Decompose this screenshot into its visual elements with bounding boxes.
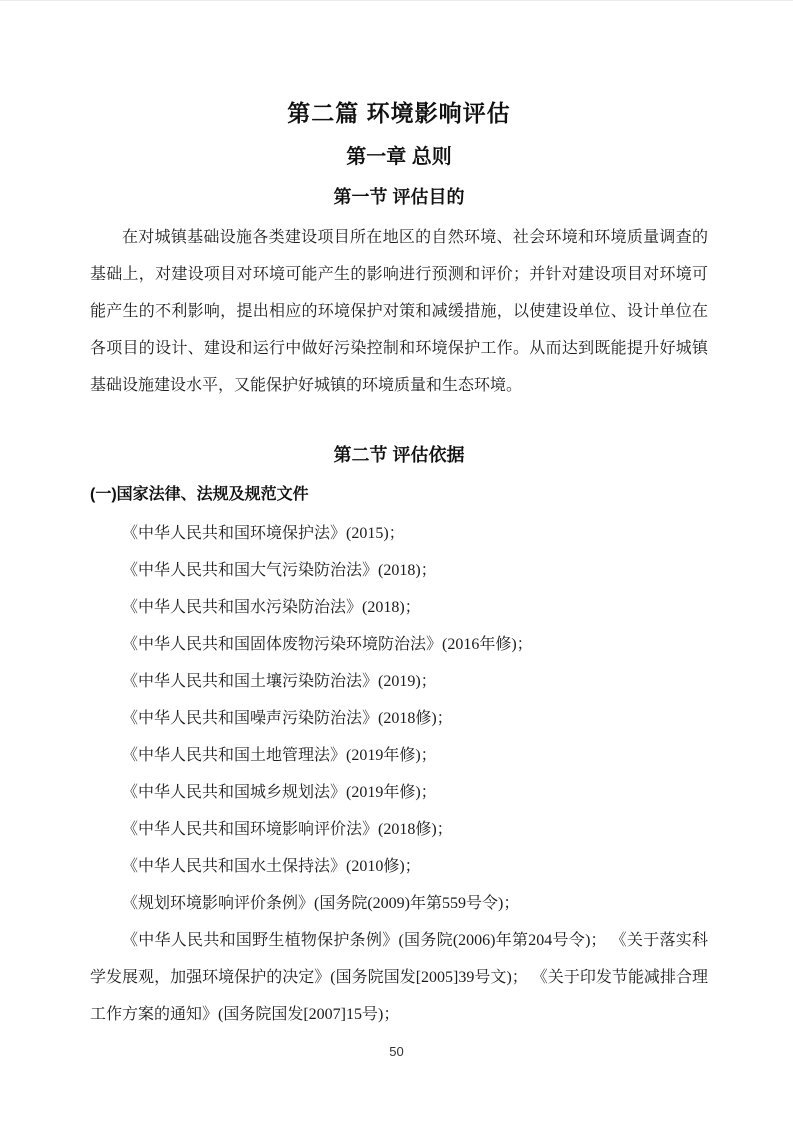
legal-reference-item: 《中华人民共和国水土保持法》(2010修)；: [90, 848, 708, 885]
legal-reference-list: 《中华人民共和国环境保护法》(2015)；《中华人民共和国大气污染防治法》(20…: [90, 515, 708, 922]
legal-reference-item: 《中华人民共和国城乡规划法》(2019年修)；: [90, 774, 708, 811]
legal-reference-item: 《中华人民共和国大气污染防治法》(2018)；: [90, 552, 708, 589]
legal-reference-item: 《中华人民共和国环境影响评价法》(2018修)；: [90, 811, 708, 848]
legal-reference-item: 《中华人民共和国环境保护法》(2015)；: [90, 515, 708, 552]
document-content: 第二篇 环境影响评估 第一章 总则 第一节 评估目的 在对城镇基础设施各类建设项…: [90, 1, 708, 1033]
page-number: 50: [0, 1044, 793, 1059]
legal-reference-item: 《中华人民共和国土壤污染防治法》(2019)；: [90, 663, 708, 700]
chapter-heading: 第一章 总则: [90, 144, 708, 170]
section-heading-purpose: 第一节 评估目的: [90, 185, 708, 209]
closing-paragraph: 《中华人民共和国野生植物保护条例》(国务院(2006)年第204号令)； 《关于…: [90, 922, 708, 1033]
legal-reference-item: 《中华人民共和国噪声污染防治法》(2018修)；: [90, 700, 708, 737]
section-heading-basis: 第二节 评估依据: [90, 443, 708, 467]
legal-reference-item: 《中华人民共和国固体废物污染环境防治法》(2016年修)；: [90, 626, 708, 663]
document-title: 第二篇 环境影响评估: [90, 98, 708, 128]
subsection-heading-national-laws: (一)国家法律、法规及规范文件: [90, 483, 708, 507]
intro-paragraph: 在对城镇基础设施各类建设项目所在地区的自然环境、社会环境和环境质量调查的基础上，…: [90, 219, 708, 404]
legal-reference-item: 《中华人民共和国水污染防治法》(2018)；: [90, 589, 708, 626]
legal-reference-item: 《中华人民共和国土地管理法》(2019年修)；: [90, 737, 708, 774]
legal-reference-item: 《规划环境影响评价条例》(国务院(2009)年第559号令)；: [90, 885, 708, 922]
document-page: 第二篇 环境影响评估 第一章 总则 第一节 评估目的 在对城镇基础设施各类建设项…: [0, 0, 793, 1122]
